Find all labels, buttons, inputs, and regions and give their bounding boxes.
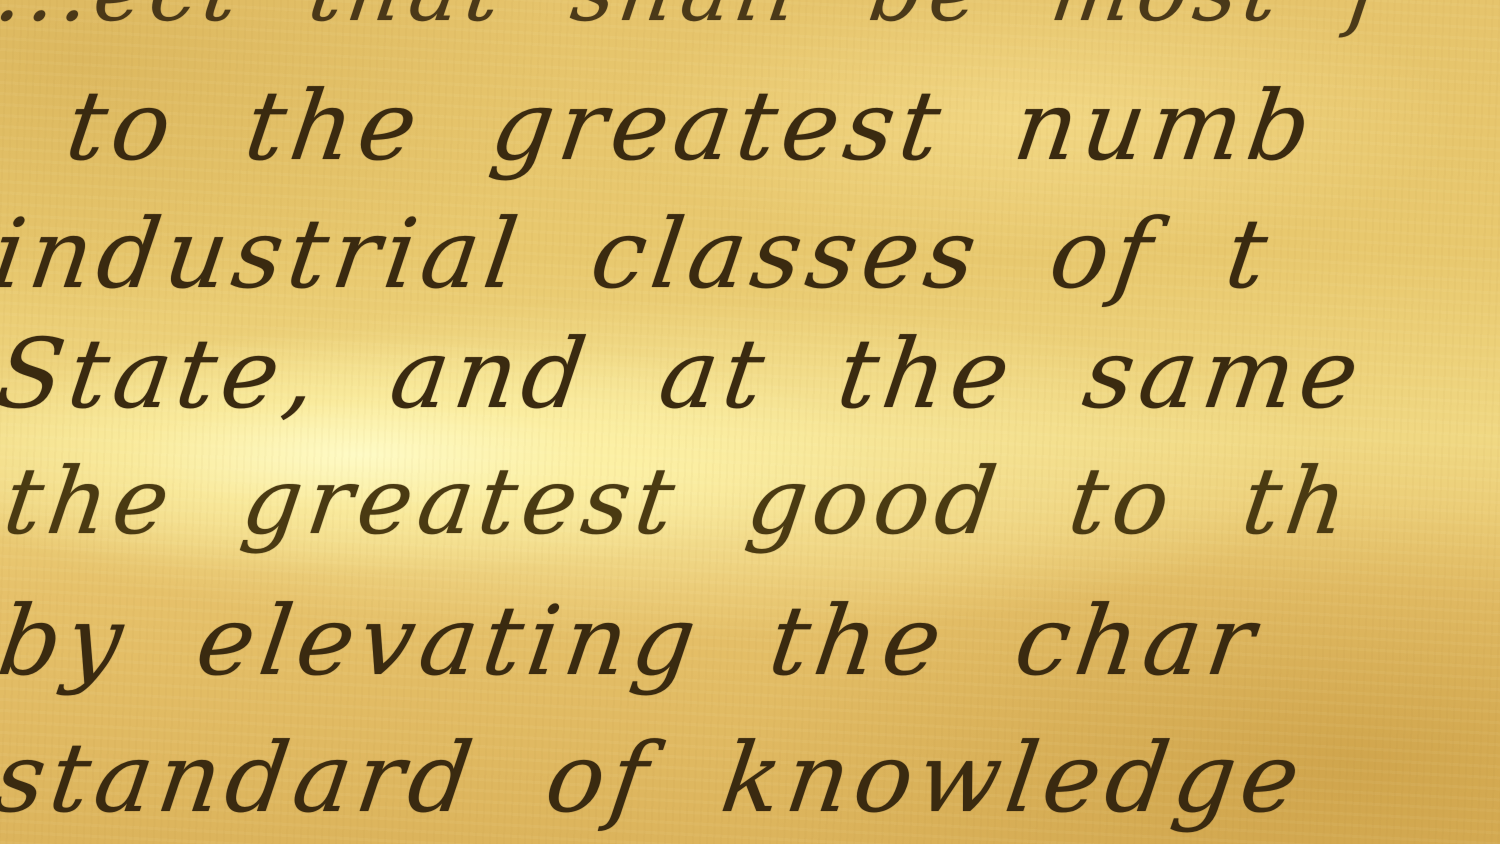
manuscript-line-4: the greatest good to th	[0, 448, 1360, 555]
manuscript-line-3: State, and at the same	[0, 318, 1371, 430]
manuscript-line-0: ...ect that shall be most f	[0, 0, 1394, 40]
manuscript-line-5: by elevating the char	[0, 585, 1267, 697]
manuscript-line-2: industrial classes of t	[0, 198, 1280, 310]
manuscript-page: ...ect that shall be most f to the great…	[0, 0, 1500, 844]
manuscript-line-1: to the greatest numb	[60, 70, 1324, 182]
manuscript-line-6: standard of knowledge	[0, 722, 1312, 834]
